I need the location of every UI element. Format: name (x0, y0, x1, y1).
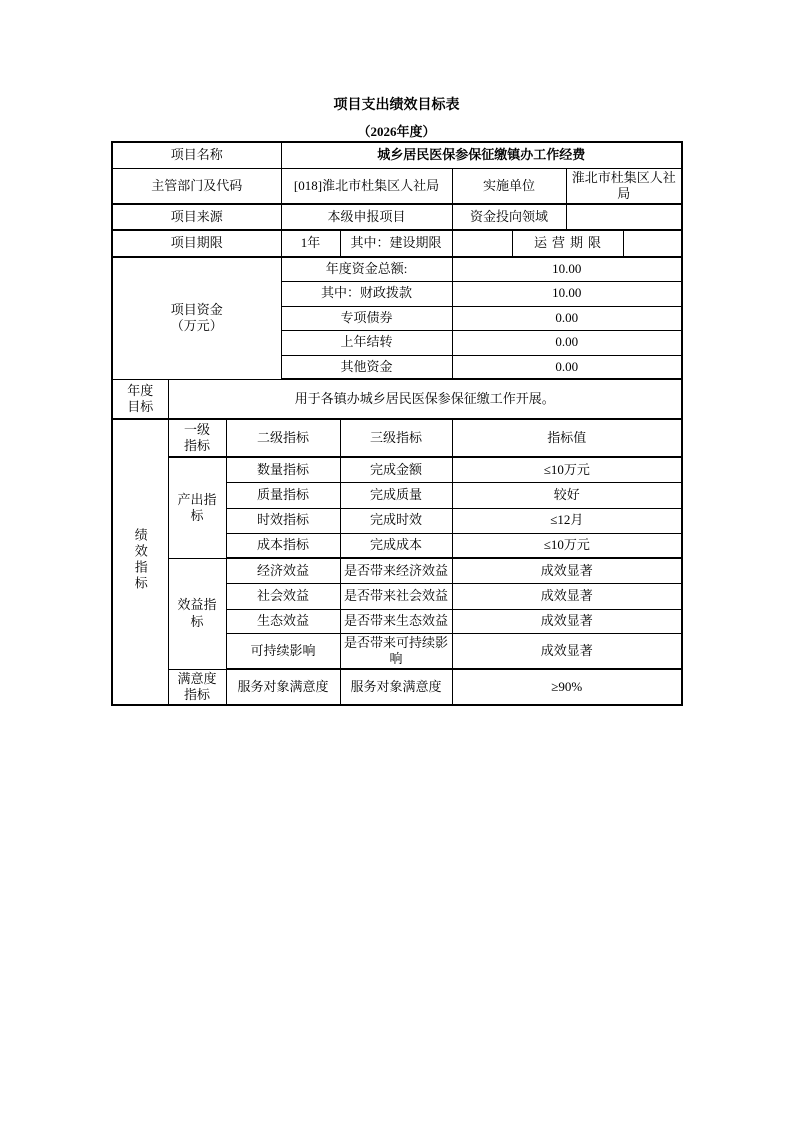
header-value-cell: 指标值 (452, 419, 682, 457)
quantity-value-cell: ≤10万元 (452, 457, 682, 482)
funds-label: 项目资金（万元） (168, 302, 227, 335)
operate-period-value-cell (623, 230, 682, 257)
fund-field-value-cell (566, 204, 682, 230)
social-l2-cell: 社会效益 (226, 583, 340, 609)
performance-target-table: 项目名称 城乡居民医保参保征缴镇办工作经费 主管部门及代码 [018]淮北市杜集… (111, 141, 683, 706)
ecological-value-cell: 成效显著 (452, 609, 682, 633)
satisfaction-l3-cell: 服务对象满意度 (340, 669, 452, 705)
fund-other-value-cell: 0.00 (452, 355, 682, 379)
sustainable-value-cell: 成效显著 (452, 633, 682, 669)
row-source: 项目来源 本级申报项目 资金投向领域 (112, 204, 682, 230)
fund-field-label-cell: 资金投向领域 (452, 204, 566, 230)
impl-unit-value: 淮北市杜集区人社局 (569, 170, 678, 203)
project-name-value-cell: 城乡居民医保参保征缴镇办工作经费 (281, 142, 682, 168)
header-l2-cell: 二级指标 (226, 419, 340, 457)
fund-total-label-cell: 年度资金总额: (281, 257, 452, 281)
indicators-label: 绩效指标 (134, 528, 147, 592)
funds-label-cell: 项目资金（万元） (112, 257, 281, 379)
timeliness-value-cell: ≤12月 (452, 508, 682, 533)
fund-total-value-cell: 10.00 (452, 257, 682, 281)
cost-value-cell: ≤10万元 (452, 533, 682, 558)
annual-goal-label-cell: 年度目标 (112, 379, 168, 419)
economic-value-cell: 成效显著 (452, 558, 682, 583)
row-economic: 效益指标 经济效益 是否带来经济效益 成效显著 (112, 558, 682, 583)
source-label-cell: 项目来源 (112, 204, 281, 230)
sustainable-l2-cell: 可持续影响 (226, 633, 340, 669)
row-annual-goal: 年度目标 用于各镇办城乡居民医保参保征缴工作开展。 (112, 379, 682, 419)
indicators-label-cell: 绩效指标 (112, 419, 168, 705)
social-l3-cell: 是否带来社会效益 (340, 583, 452, 609)
row-quantity: 产出指标 数量指标 完成金额 ≤10万元 (112, 457, 682, 482)
header-l1: 一级指标 (182, 422, 212, 455)
fund-other-label-cell: 其他资金 (281, 355, 452, 379)
cost-l2-cell: 成本指标 (226, 533, 340, 558)
group-benefit-cell: 效益指标 (168, 558, 226, 669)
satisfaction-value-cell: ≥90% (452, 669, 682, 705)
row-fund-total: 项目资金（万元） 年度资金总额: 10.00 (112, 257, 682, 281)
period-value-cell: 1年 (281, 230, 340, 257)
cost-l3-cell: 完成成本 (340, 533, 452, 558)
quality-l3-cell: 完成质量 (340, 482, 452, 508)
group-output-cell: 产出指标 (168, 457, 226, 558)
header-l3-cell: 三级指标 (340, 419, 452, 457)
page-title: 项目支出绩效目标表 (0, 98, 793, 114)
fund-bond-value-cell: 0.00 (452, 306, 682, 330)
timeliness-l3-cell: 完成时效 (340, 508, 452, 533)
row-department: 主管部门及代码 [018]淮北市杜集区人社局 实施单位 淮北市杜集区人社局 (112, 168, 682, 204)
row-period: 项目期限 1年 其中：建设期限 运营期限 (112, 230, 682, 257)
group-satisfaction-label: 满意度指标 (176, 671, 219, 704)
header-l1-cell: 一级指标 (168, 419, 226, 457)
sustainable-l3-cell: 是否带来可持续影响 (340, 633, 452, 669)
build-period-label-cell: 其中：建设期限 (340, 230, 452, 257)
row-indicator-header: 绩效指标 一级指标 二级指标 三级指标 指标值 (112, 419, 682, 457)
row-satisfaction: 满意度指标 服务对象满意度 服务对象满意度 ≥90% (112, 669, 682, 705)
quantity-l2-cell: 数量指标 (226, 457, 340, 482)
group-benefit-label: 效益指标 (176, 597, 219, 630)
impl-unit-value-cell: 淮北市杜集区人社局 (566, 168, 682, 204)
annual-goal-text-cell: 用于各镇办城乡居民医保参保征缴工作开展。 (168, 379, 682, 419)
source-value-cell: 本级申报项目 (281, 204, 452, 230)
operate-period-label-cell: 运营期限 (512, 230, 623, 257)
social-value-cell: 成效显著 (452, 583, 682, 609)
economic-l2-cell: 经济效益 (226, 558, 340, 583)
fund-carryover-label-cell: 上年结转 (281, 330, 452, 355)
economic-l3-cell: 是否带来经济效益 (340, 558, 452, 583)
group-output-label: 产出指标 (176, 492, 219, 525)
ecological-l2-cell: 生态效益 (226, 609, 340, 633)
project-name-label-cell: 项目名称 (112, 142, 281, 168)
satisfaction-l2-cell: 服务对象满意度 (226, 669, 340, 705)
fund-fiscal-label-cell: 其中：财政拨款 (281, 281, 452, 306)
row-project-name: 项目名称 城乡居民医保参保征缴镇办工作经费 (112, 142, 682, 168)
build-period-value-cell (452, 230, 512, 257)
impl-unit-label-cell: 实施单位 (452, 168, 566, 204)
quantity-l3-cell: 完成金额 (340, 457, 452, 482)
page-subtitle: （2026年度） (0, 124, 793, 139)
quality-value-cell: 较好 (452, 482, 682, 508)
annual-goal-label: 年度目标 (125, 383, 155, 416)
quality-l2-cell: 质量指标 (226, 482, 340, 508)
fund-fiscal-value-cell: 10.00 (452, 281, 682, 306)
timeliness-l2-cell: 时效指标 (226, 508, 340, 533)
period-label-cell: 项目期限 (112, 230, 281, 257)
fund-carryover-value-cell: 0.00 (452, 330, 682, 355)
dept-label-cell: 主管部门及代码 (112, 168, 281, 204)
group-satisfaction-cell: 满意度指标 (168, 669, 226, 705)
dept-value-cell: [018]淮北市杜集区人社局 (281, 168, 452, 204)
fund-bond-label-cell: 专项债券 (281, 306, 452, 330)
ecological-l3-cell: 是否带来生态效益 (340, 609, 452, 633)
document-page: 项目支出绩效目标表 （2026年度） 项目名称 城乡居民医保参保征缴镇办工作经费… (0, 0, 793, 1122)
